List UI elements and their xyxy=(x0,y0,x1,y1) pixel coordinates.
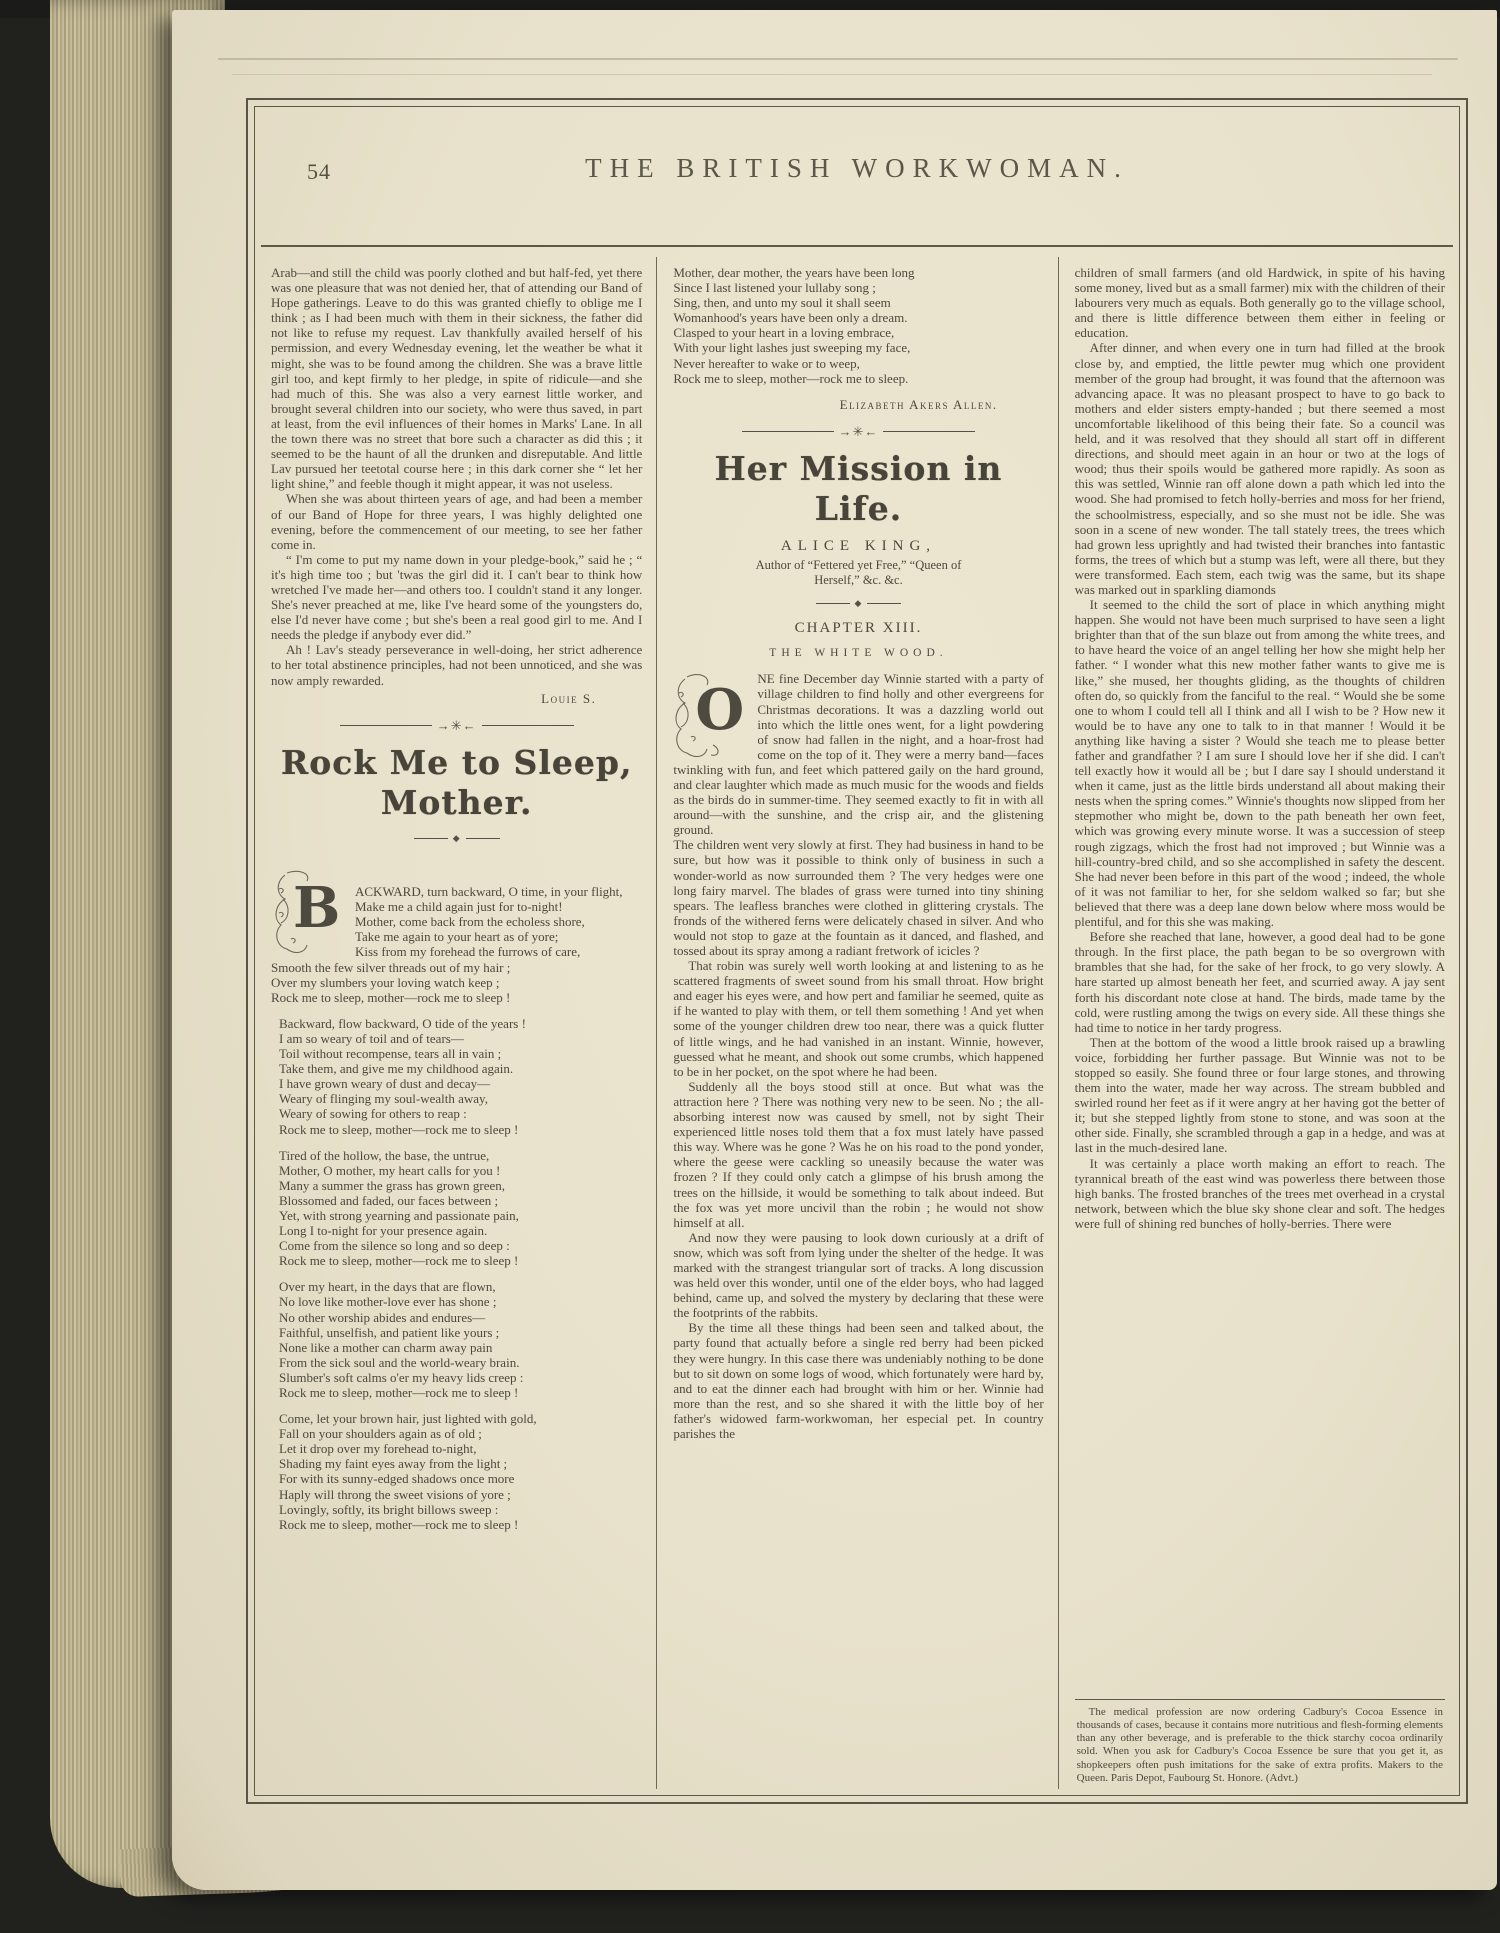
article-paragraph: Arab—and still the child was poorly clot… xyxy=(271,265,642,491)
poem-stanza-first: B ACKWARD, turn backward, O time, in you… xyxy=(271,854,642,1005)
page-header: 54 THE BRITISH WORKWOMAN. xyxy=(255,107,1459,245)
story-paragraph: The children went very slowly at first. … xyxy=(673,837,1043,958)
header-rule xyxy=(261,245,1453,247)
printed-border-frame-inner: 54 THE BRITISH WORKWOMAN. Arab—and still… xyxy=(254,106,1460,1796)
story-paragraph: By the time all these things had been se… xyxy=(673,1320,1043,1441)
poem-stanza: Come, let your brown hair, just lighted … xyxy=(271,1411,642,1532)
section-heading: THE WHITE WOOD. xyxy=(673,646,1043,661)
story-opening-paragraph: O NE fine December day Winnie started wi… xyxy=(673,671,1043,837)
column-1: Arab—and still the child was poorly clot… xyxy=(255,257,656,1789)
article-paragraph: When she was about thirteen years of age… xyxy=(271,491,642,551)
printed-border-frame: 54 THE BRITISH WORKWOMAN. Arab—and still… xyxy=(246,98,1468,1804)
divider-ornament-icon: →✳← xyxy=(673,424,1043,439)
divider-ornament-icon: →✳← xyxy=(271,718,642,733)
article-paragraph: “ I'm come to put my name down in your p… xyxy=(271,552,642,643)
small-divider-ornament-icon: ◆ xyxy=(673,596,1043,611)
story-paragraph: And now they were pausing to look down c… xyxy=(673,1230,1043,1321)
story-paragraph: children of small farmers (and old Hardw… xyxy=(1075,265,1445,340)
poem-stanzas: Backward, flow backward, O tide of the y… xyxy=(271,1016,642,1532)
story-paragraph: Before she reached that lane, however, a… xyxy=(1075,929,1445,1035)
article-paragraph: Ah ! Lav's steady perseverance in well-d… xyxy=(271,642,642,687)
story-continuation: children of small farmers (and old Hardw… xyxy=(1075,265,1445,1693)
poem-stanza: Backward, flow backward, O tide of the y… xyxy=(271,1016,642,1137)
story-paragraph: Then at the bottom of the wood a little … xyxy=(1075,1035,1445,1156)
advertisement-text: The medical profession are now ordering … xyxy=(1077,1706,1443,1785)
page-scuff-line xyxy=(218,58,1458,60)
advertisement: The medical profession are now ordering … xyxy=(1075,1699,1445,1789)
poem-stanza: Tired of the hollow, the base, the untru… xyxy=(271,1148,642,1269)
decorated-initial: O xyxy=(673,671,751,759)
decorated-initial: B xyxy=(271,869,349,957)
story-paragraph: That robin was surely well worth looking… xyxy=(673,958,1043,1079)
small-divider-ornament-icon: ◆ xyxy=(271,831,642,846)
chapter-heading: CHAPTER XIII. xyxy=(673,621,1043,636)
page-scuff-line-2 xyxy=(232,74,1432,75)
story-title: Her Mission in Life. xyxy=(673,449,1043,529)
column-2: Mother, dear mother, the years have been… xyxy=(656,257,1057,1789)
story-paragraph: It was certainly a place worth making an… xyxy=(1075,1156,1445,1231)
masthead-title: THE BRITISH WORKWOMAN. xyxy=(255,153,1459,184)
story-paragraph: After dinner, and when every one in turn… xyxy=(1075,340,1445,597)
article-continuation: Arab—and still the child was poorly clot… xyxy=(271,265,642,688)
article-signature: Louie S. xyxy=(271,691,642,706)
column-layout: Arab—and still the child was poorly clot… xyxy=(255,257,1459,1789)
story-paragraphs: The children went very slowly at first. … xyxy=(673,837,1043,1441)
poem-final-stanza: Mother, dear mother, the years have been… xyxy=(673,265,1043,386)
column-3: children of small farmers (and old Hardw… xyxy=(1058,257,1459,1789)
dropcap-letter: O xyxy=(695,675,744,745)
story-author-credit: Author of “Fettered yet Free,” “Queen of… xyxy=(673,558,1043,588)
story-paragraph: It seemed to the child the sort of place… xyxy=(1075,597,1445,929)
story-author: ALICE KING, xyxy=(673,539,1043,554)
story-paragraphs: children of small farmers (and old Hardw… xyxy=(1075,265,1445,1231)
poem-stanza: Over my heart, in the days that are flow… xyxy=(271,1279,642,1400)
story-paragraph: Suddenly all the boys stood still at onc… xyxy=(673,1079,1043,1230)
poem-signature: Elizabeth Akers Allen. xyxy=(673,397,1043,412)
poem-title: Rock Me to Sleep, Mother. xyxy=(271,743,642,823)
dropcap-letter: B xyxy=(293,873,340,943)
scanned-page: 54 THE BRITISH WORKWOMAN. Arab—and still… xyxy=(172,10,1497,1890)
